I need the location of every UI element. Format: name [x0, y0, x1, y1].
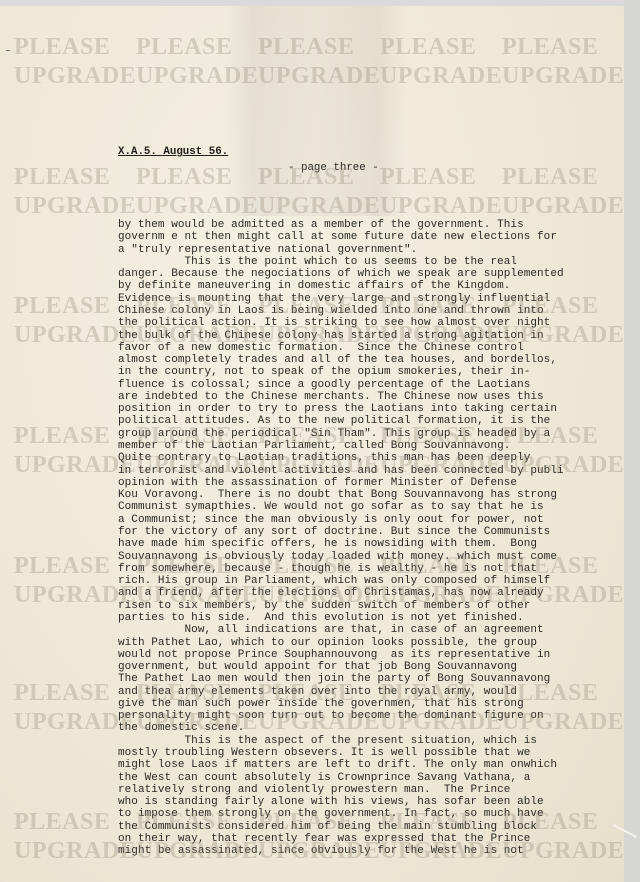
text-line: political attitudes. As to the new polit…	[118, 415, 550, 427]
text-line: the West can count absolutely is Crownpr…	[118, 772, 530, 784]
text-line: on their way, that recently fear was exp…	[118, 833, 530, 845]
text-line: with Pathet Lao, which to our opinion lo…	[118, 637, 537, 649]
text-line: and thea army elements taken over into t…	[118, 686, 517, 698]
text-line: the Communists considered him of being t…	[118, 821, 537, 833]
text-line: have made him specific offers, he is now…	[118, 538, 537, 550]
text-line: group around the periodical "Sin Tham". …	[118, 428, 550, 440]
text-line: opinion with the assassination of former…	[118, 477, 517, 489]
text-line: Communist symapthies. We would not go so…	[118, 501, 544, 513]
text-line: member of the Laotian Parliament, called…	[118, 440, 510, 452]
scan-right-edge	[624, 0, 640, 882]
text-line: would not propose Prince Souphannouvong …	[118, 649, 550, 661]
text-line: Souvannavong is obviously today loaded w…	[118, 551, 557, 563]
text-line: This is the point which to us seems to b…	[118, 256, 517, 268]
ink-bleed-through	[225, 6, 405, 216]
text-line: Chinese colony in Laos is being wielded …	[118, 305, 544, 317]
page-number-label: - page three -	[288, 162, 379, 174]
text-line: who is standing fairly alone with his vi…	[118, 796, 544, 808]
text-line: in terrorist and violent activities and …	[118, 465, 564, 477]
text-line: might be assassinated, since obviously f…	[118, 845, 524, 857]
text-line: almost completely trades and all of the …	[118, 354, 557, 366]
text-line: relatively strong and violently proweste…	[118, 784, 510, 796]
margin-mark	[6, 50, 10, 51]
text-line: and a friend, after the elections of Chr…	[118, 587, 544, 599]
text-line: might lose Laos if matters are left to d…	[118, 759, 557, 771]
text-line: by definite maneuvering in domestic affa…	[118, 280, 510, 292]
text-line: the domestic scene.	[118, 722, 244, 734]
text-line: rich. His group in Parliament, which was…	[118, 575, 550, 587]
text-line: parties to his side. And this evolution …	[118, 612, 524, 624]
text-line: This is the aspect of the present situat…	[118, 735, 537, 747]
text-line: fluence is colossal; since a goodly perc…	[118, 379, 530, 391]
text-line: in the country, not to speak of the opiu…	[118, 366, 530, 378]
text-line: The Pathet Lao men would then join the p…	[118, 673, 550, 685]
document-reference: X.A.5. August 56.	[118, 146, 228, 158]
text-line: position in order to try to press the La…	[118, 403, 557, 415]
text-line: personality might soon turn out to becom…	[118, 710, 544, 722]
text-line: a "truly representative national governm…	[118, 244, 417, 256]
text-line: Kou Voravong. There is no doubt that Bon…	[118, 489, 557, 501]
text-line: government, but would appoint for that j…	[118, 661, 517, 673]
text-line: mostly troubling Western obsevers. It is…	[118, 747, 530, 759]
text-line: Quite contrary to Laotian traditions, th…	[118, 452, 530, 464]
text-line: a Communist; since the man obviously is …	[118, 514, 544, 526]
text-line: Evidence is mounting that the very large…	[118, 293, 550, 305]
text-line: the bulk of the Chinese colony has start…	[118, 330, 544, 342]
text-line: by them would be admitted as a member of…	[118, 219, 524, 231]
text-line: are indebted to the Chinese merchants. T…	[118, 391, 544, 403]
text-line: for the victory of any sort of doctrine.…	[118, 526, 550, 538]
text-line: the political action. It is striking to …	[118, 317, 550, 329]
text-line: governm e nt then might call at some fut…	[118, 231, 557, 243]
text-line: from somewhere, because - though he is w…	[118, 563, 537, 575]
text-line: give the man such power inside the gover…	[118, 698, 524, 710]
text-line: danger. Because the negociations of whic…	[118, 268, 564, 280]
text-line: Now, all indications are that, in case o…	[118, 624, 544, 636]
text-line: to impose them strongly on the governmen…	[118, 808, 544, 820]
text-line: risen to six members, by the sudden swit…	[118, 600, 530, 612]
text-line: favor of a new domestic formation. Since…	[118, 342, 524, 354]
